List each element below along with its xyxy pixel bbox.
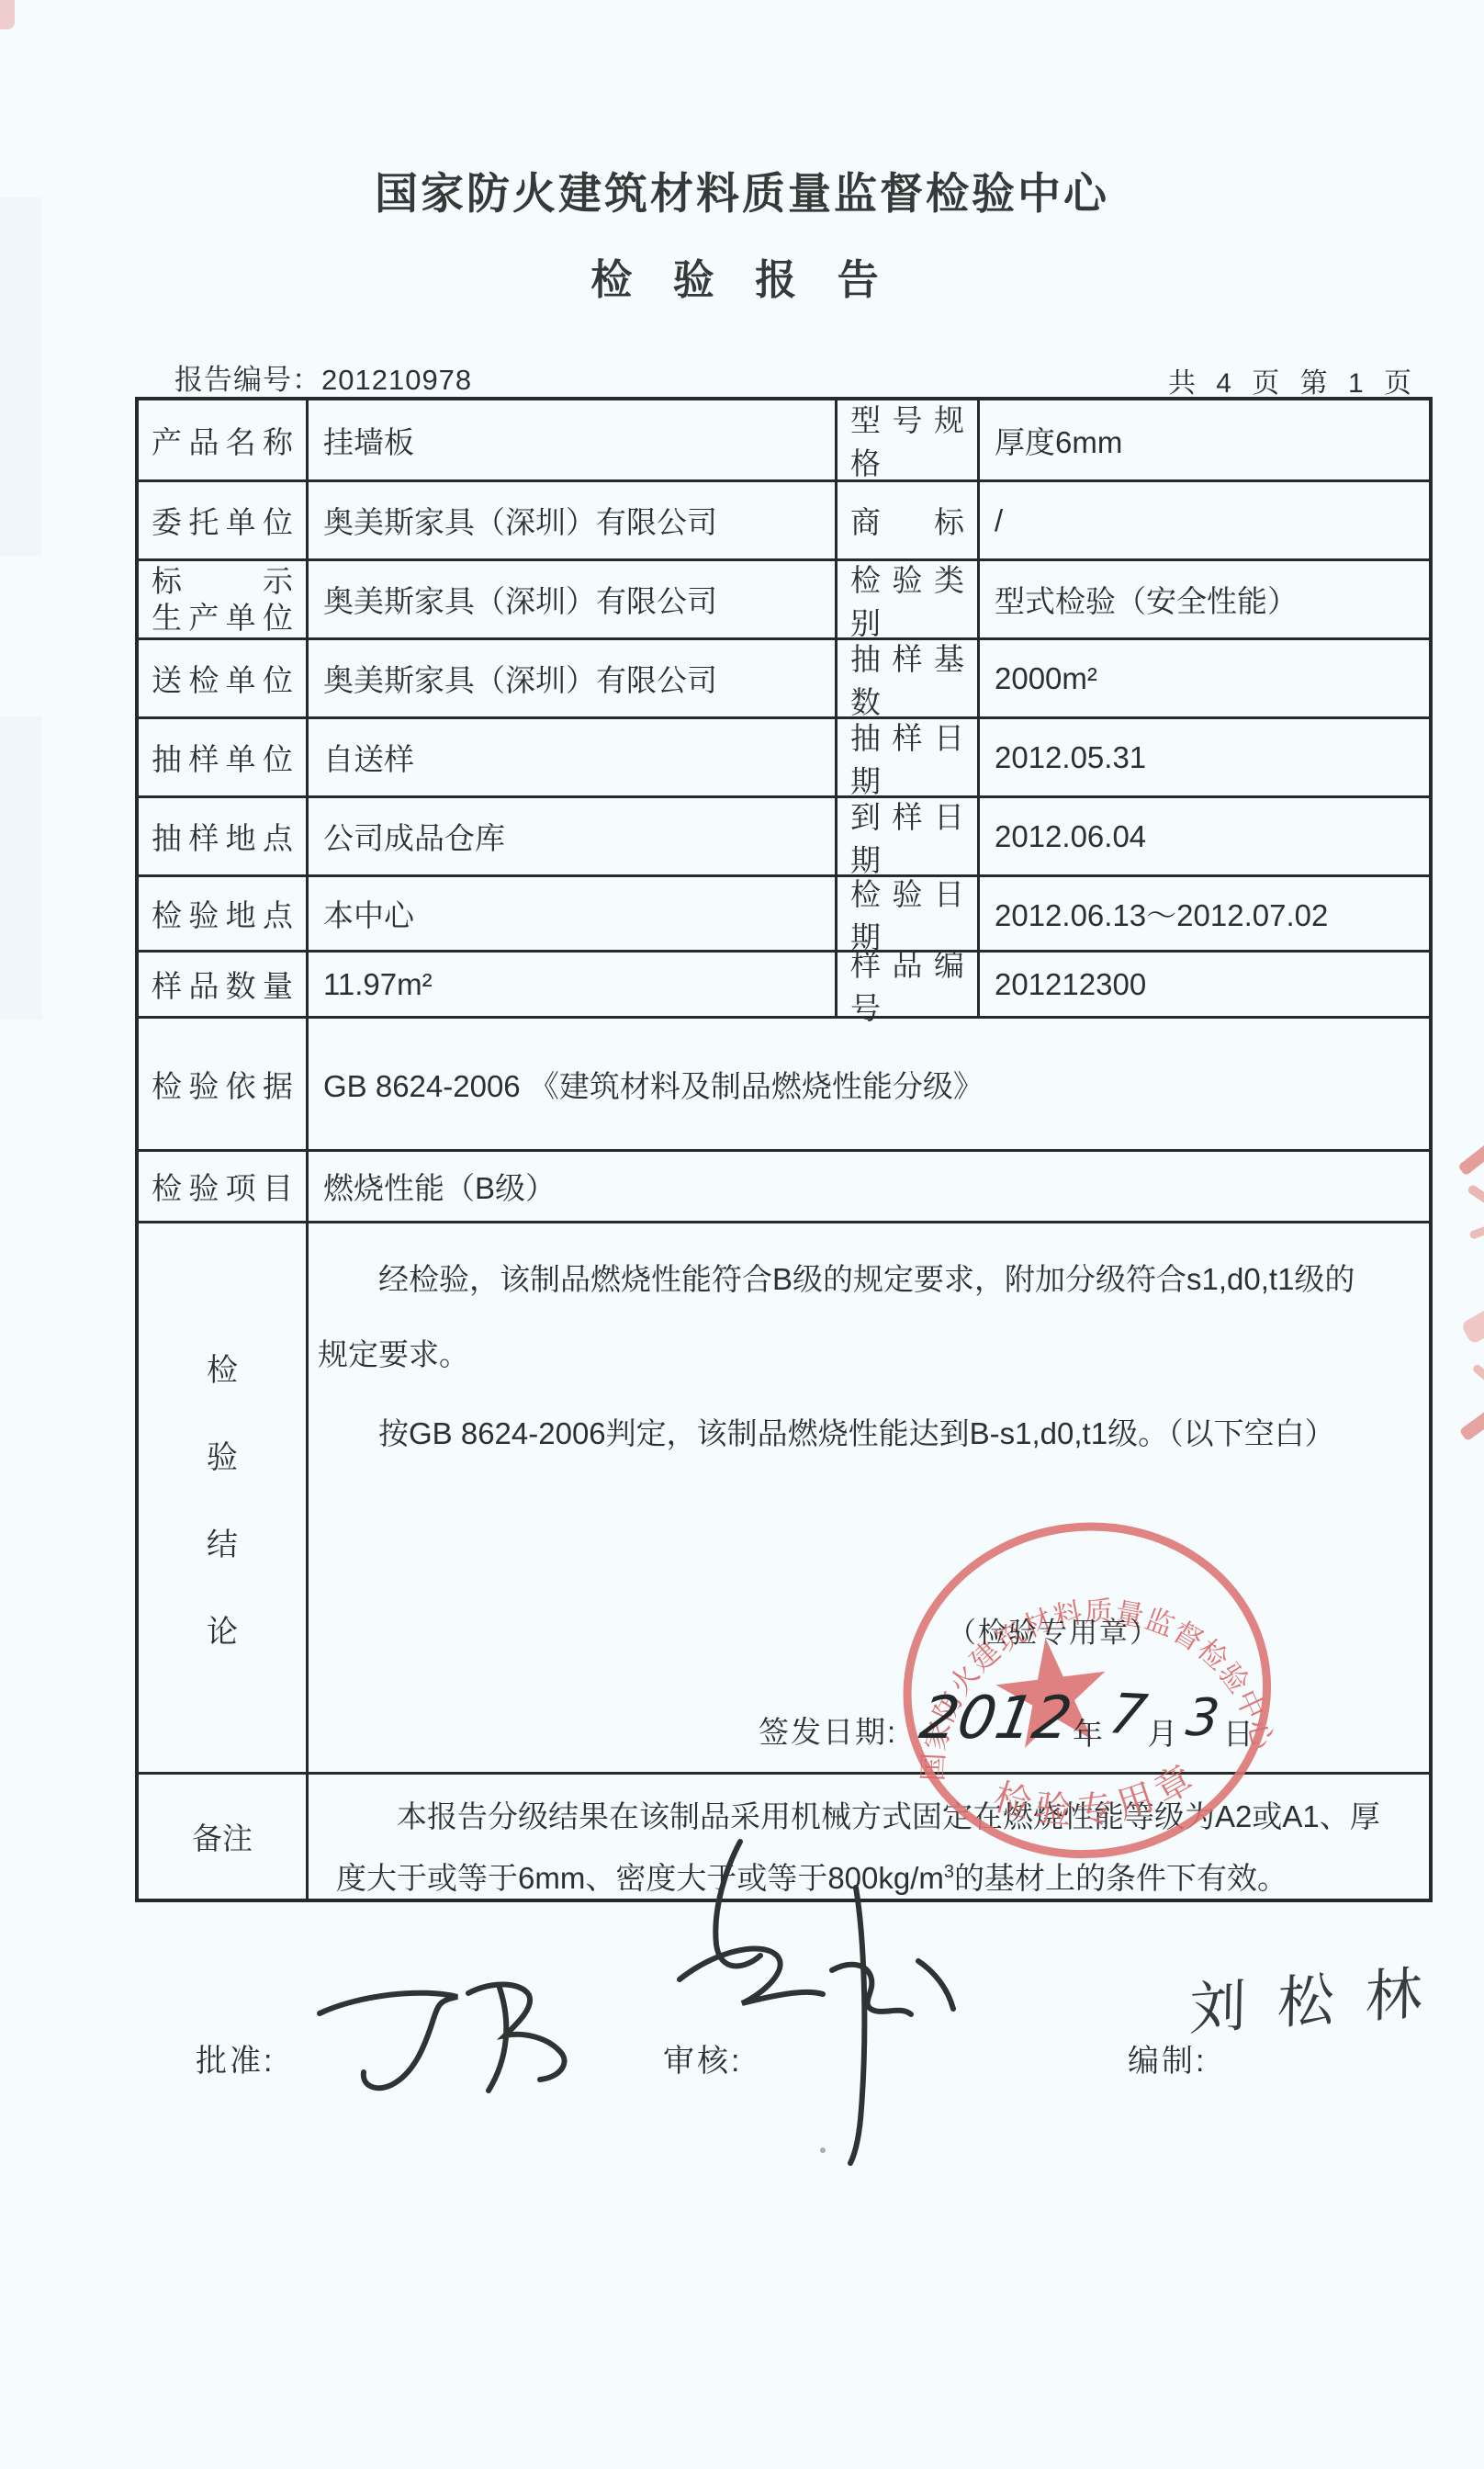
basis-value: GB 8624-2006 《建筑材料及制品燃烧性能分级》 — [309, 1019, 1429, 1149]
scan-corner-artifact — [0, 0, 15, 29]
row-label: 委托单位 — [139, 499, 306, 542]
conclusion-line: 按GB 8624-2006判定，该制品燃烧性能达到B-s1,d0,t1级。（以下… — [318, 1396, 1378, 1471]
report-number-value: 201210978 — [321, 364, 472, 396]
row-label: 检验依据 — [139, 1063, 306, 1106]
row-value: 11.97m² — [309, 953, 838, 1016]
row-value: 2012.06.13～2012.07.02 — [980, 877, 1429, 950]
row-label: 抽样日期 — [838, 715, 977, 801]
table-row: 标示 生产单位 奥美斯家具（深圳）有限公司 检验类别 型式检验（安全性能） — [139, 558, 1429, 637]
approver-signature — [303, 1947, 588, 2122]
pagination: 共 4 页 第 1 页 — [1168, 360, 1418, 400]
scan-shade-band — [0, 716, 42, 1020]
row-value: / — [980, 482, 1429, 558]
edge-red-fragment — [1457, 1136, 1484, 1176]
conclusion-line: 经检验，该制品燃烧性能符合B级的规定要求，附加分级符合s1,d0,t1级的 — [318, 1242, 1378, 1317]
handwritten-month: 7 — [1104, 1682, 1151, 1748]
table-row: 委托单位 奥美斯家具（深圳）有限公司 商标 / — [139, 479, 1429, 558]
row-label: 样品编号 — [838, 941, 977, 1028]
row-value: 2012.06.04 — [980, 798, 1429, 874]
row-value: 公司成品仓库 — [309, 798, 838, 874]
row-label: 型号规格 — [838, 397, 977, 483]
remark-label: 备注 — [139, 1775, 309, 1899]
row-label: 检验类别 — [838, 557, 977, 643]
table-row: 抽样地点 公司成品仓库 到样日期 2012.06.04 — [139, 795, 1429, 874]
table-row: 样品数量 11.97m² 样品编号 201212300 — [139, 950, 1429, 1016]
approve-label: 批准: — [196, 2035, 275, 2080]
table-row: 检验地点 本中心 检验日期 2012.06.13～2012.07.02 — [139, 874, 1429, 950]
row-value: 2000m² — [980, 640, 1429, 716]
edge-red-fragment — [1471, 1363, 1484, 1386]
sign-date-line: 签发日期: 2012 年 7 月 3 日 — [759, 1683, 1254, 1753]
row-label: 检验地点 — [139, 892, 306, 935]
row-label: 产品名称 — [139, 419, 306, 462]
row-value: 2012.05.31 — [980, 719, 1429, 795]
row-label-two-line: 标示 生产单位 — [139, 563, 306, 637]
row-label: 抽样地点 — [139, 815, 306, 858]
conclusion-line: 规定要求。 — [318, 1317, 1378, 1392]
row-label: 商标 — [838, 499, 977, 542]
conclusion-label: 检 验 结 论 — [139, 1223, 309, 1772]
row-value: 奥美斯家具（深圳）有限公司 — [309, 561, 838, 637]
report-number-line: 报告编号：201210978 — [174, 356, 472, 398]
month-char: 月 — [1147, 1710, 1177, 1753]
row-label: 到样日期 — [838, 794, 977, 880]
row-value: 型式检验（安全性能） — [980, 561, 1429, 637]
row-label: 样品数量 — [139, 963, 306, 1006]
row-value: 挂墙板 — [309, 400, 838, 479]
handwritten-day: 3 — [1184, 1688, 1222, 1748]
edge-red-fragment — [1468, 1223, 1484, 1240]
row-value: 本中心 — [309, 877, 838, 950]
handwritten-year: 2012 — [916, 1685, 1077, 1753]
report-number-label: 报告编号： — [174, 364, 321, 396]
day-char: 日 — [1223, 1710, 1254, 1753]
edge-red-fragment — [1459, 1402, 1484, 1442]
row-value: 奥美斯家具（深圳）有限公司 — [309, 640, 838, 716]
edge-red-fragment — [1460, 1306, 1484, 1346]
table-row: 抽样单位 自送样 抽样日期 2012.05.31 — [139, 716, 1429, 795]
scanned-report-page: 国家防火建筑材料质量监督检验中心 检 验 报 告 报告编号：201210978 … — [0, 0, 1484, 2469]
org-title: 国家防火建筑材料质量监督检验中心 — [0, 160, 1484, 221]
row-value: 自送样 — [309, 719, 838, 795]
table-row: 送检单位 奥美斯家具（深圳）有限公司 抽样基数 2000m² — [139, 637, 1429, 716]
row-value: 201212300 — [980, 953, 1429, 1016]
doc-title: 检 验 报 告 — [0, 246, 1484, 306]
row-value: 厚度6mm — [980, 400, 1429, 479]
row-label: 送检单位 — [139, 657, 306, 700]
year-char: 年 — [1073, 1710, 1103, 1753]
row-label: 抽样基数 — [838, 636, 977, 722]
row-label: 抽样单位 — [139, 736, 306, 779]
items-value: 燃烧性能（B级） — [309, 1152, 1429, 1221]
table-row-items: 检验项目 燃烧性能（B级） — [139, 1149, 1429, 1221]
table-row-basis: 检验依据 GB 8624-2006 《建筑材料及制品燃烧性能分级》 — [139, 1016, 1429, 1149]
edge-red-fragment — [1467, 1184, 1484, 1214]
table-row: 产品名称 挂墙板 型号规格 厚度6mm — [139, 400, 1429, 479]
row-label: 检验项目 — [139, 1165, 306, 1208]
sign-date-label: 签发日期: — [759, 1708, 897, 1752]
seal-caption: （检验专用章） — [948, 1609, 1160, 1651]
row-value: 奥美斯家具（深圳）有限公司 — [309, 482, 838, 558]
preparer-signature-name: 刘松林 — [1189, 1945, 1455, 2046]
